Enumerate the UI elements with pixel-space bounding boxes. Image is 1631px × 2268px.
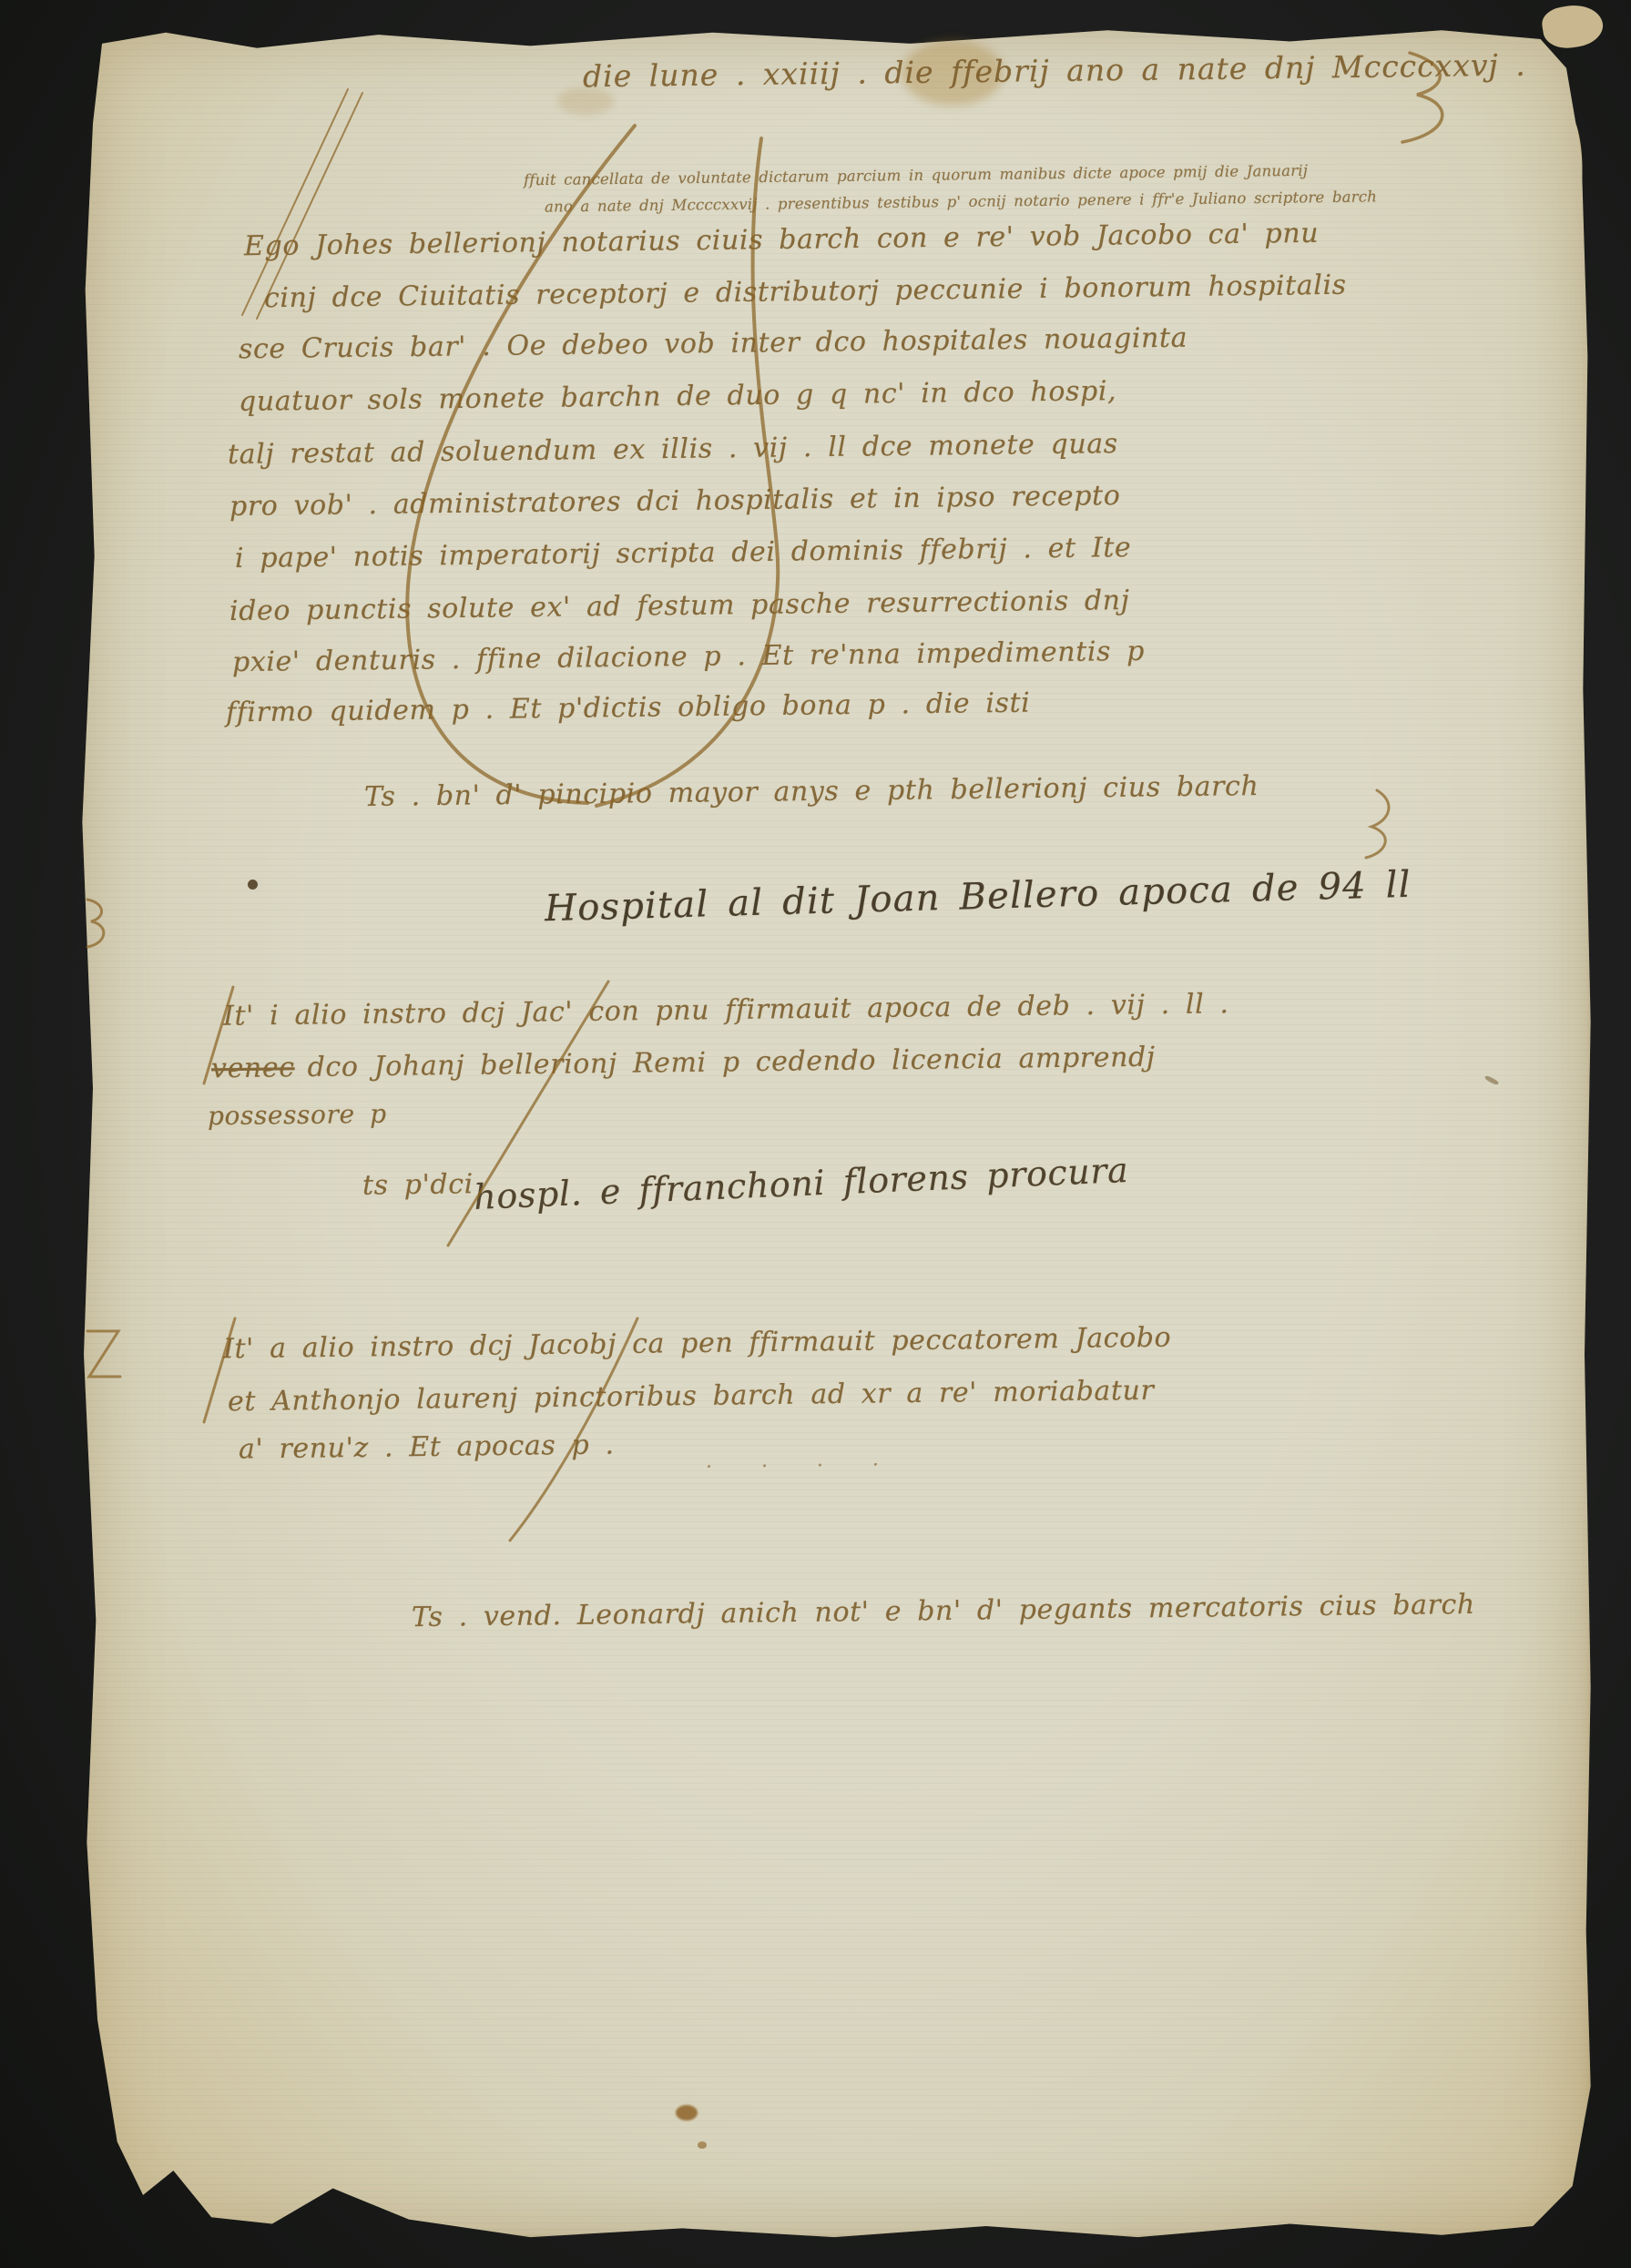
brown-spot (698, 2141, 707, 2149)
manuscript-photo: die lune . xxiiij . die ffebrij ano a na… (0, 0, 1631, 2268)
trailing-dots: · · · · (706, 1454, 897, 1480)
struck-word: venec (211, 1052, 295, 1084)
brown-spot (676, 2105, 698, 2121)
entry3-line: a' renu'z . Et apocas p . (239, 1429, 615, 1465)
ink-blot (248, 880, 258, 890)
underlying-page-corner (1540, 1, 1606, 52)
entry2-witness-label: ts p'dci (362, 1168, 474, 1201)
entry2-line: possessore p (208, 1099, 387, 1131)
